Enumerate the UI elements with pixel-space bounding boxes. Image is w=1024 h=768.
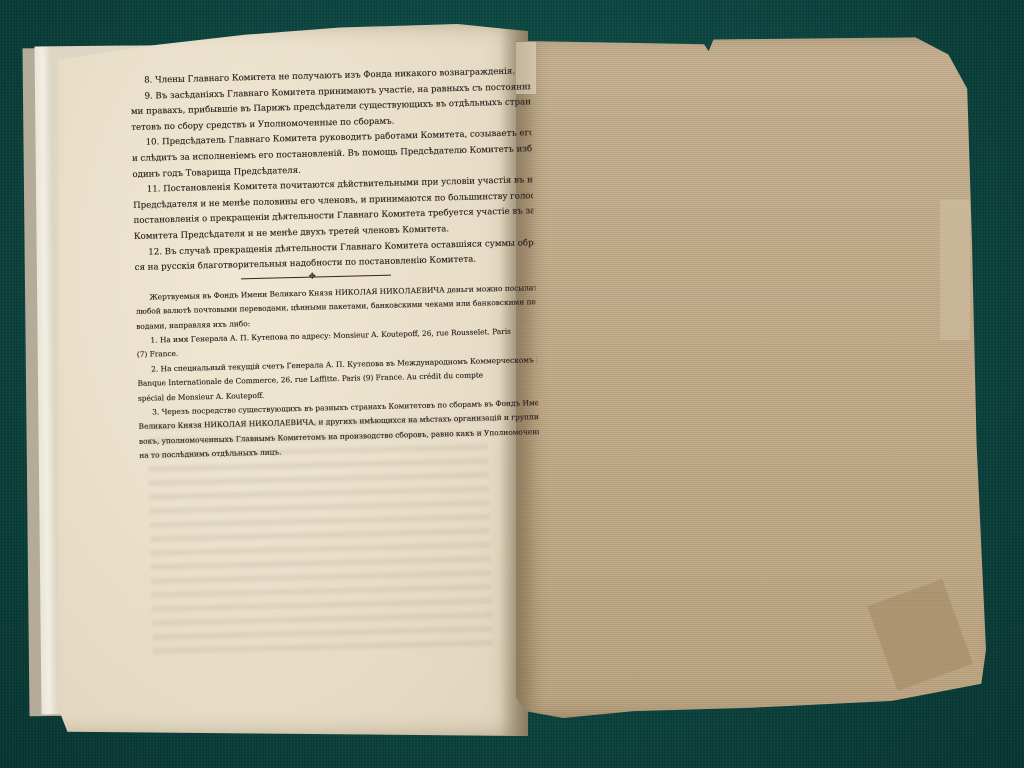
tape-residue-right: [940, 200, 970, 340]
left-page-text: 8. Члены Главнаго Комитета не получаютъ …: [130, 65, 539, 464]
ornamental-divider: ✥: [241, 274, 391, 279]
divider-ornament-icon: ✥: [309, 272, 316, 280]
